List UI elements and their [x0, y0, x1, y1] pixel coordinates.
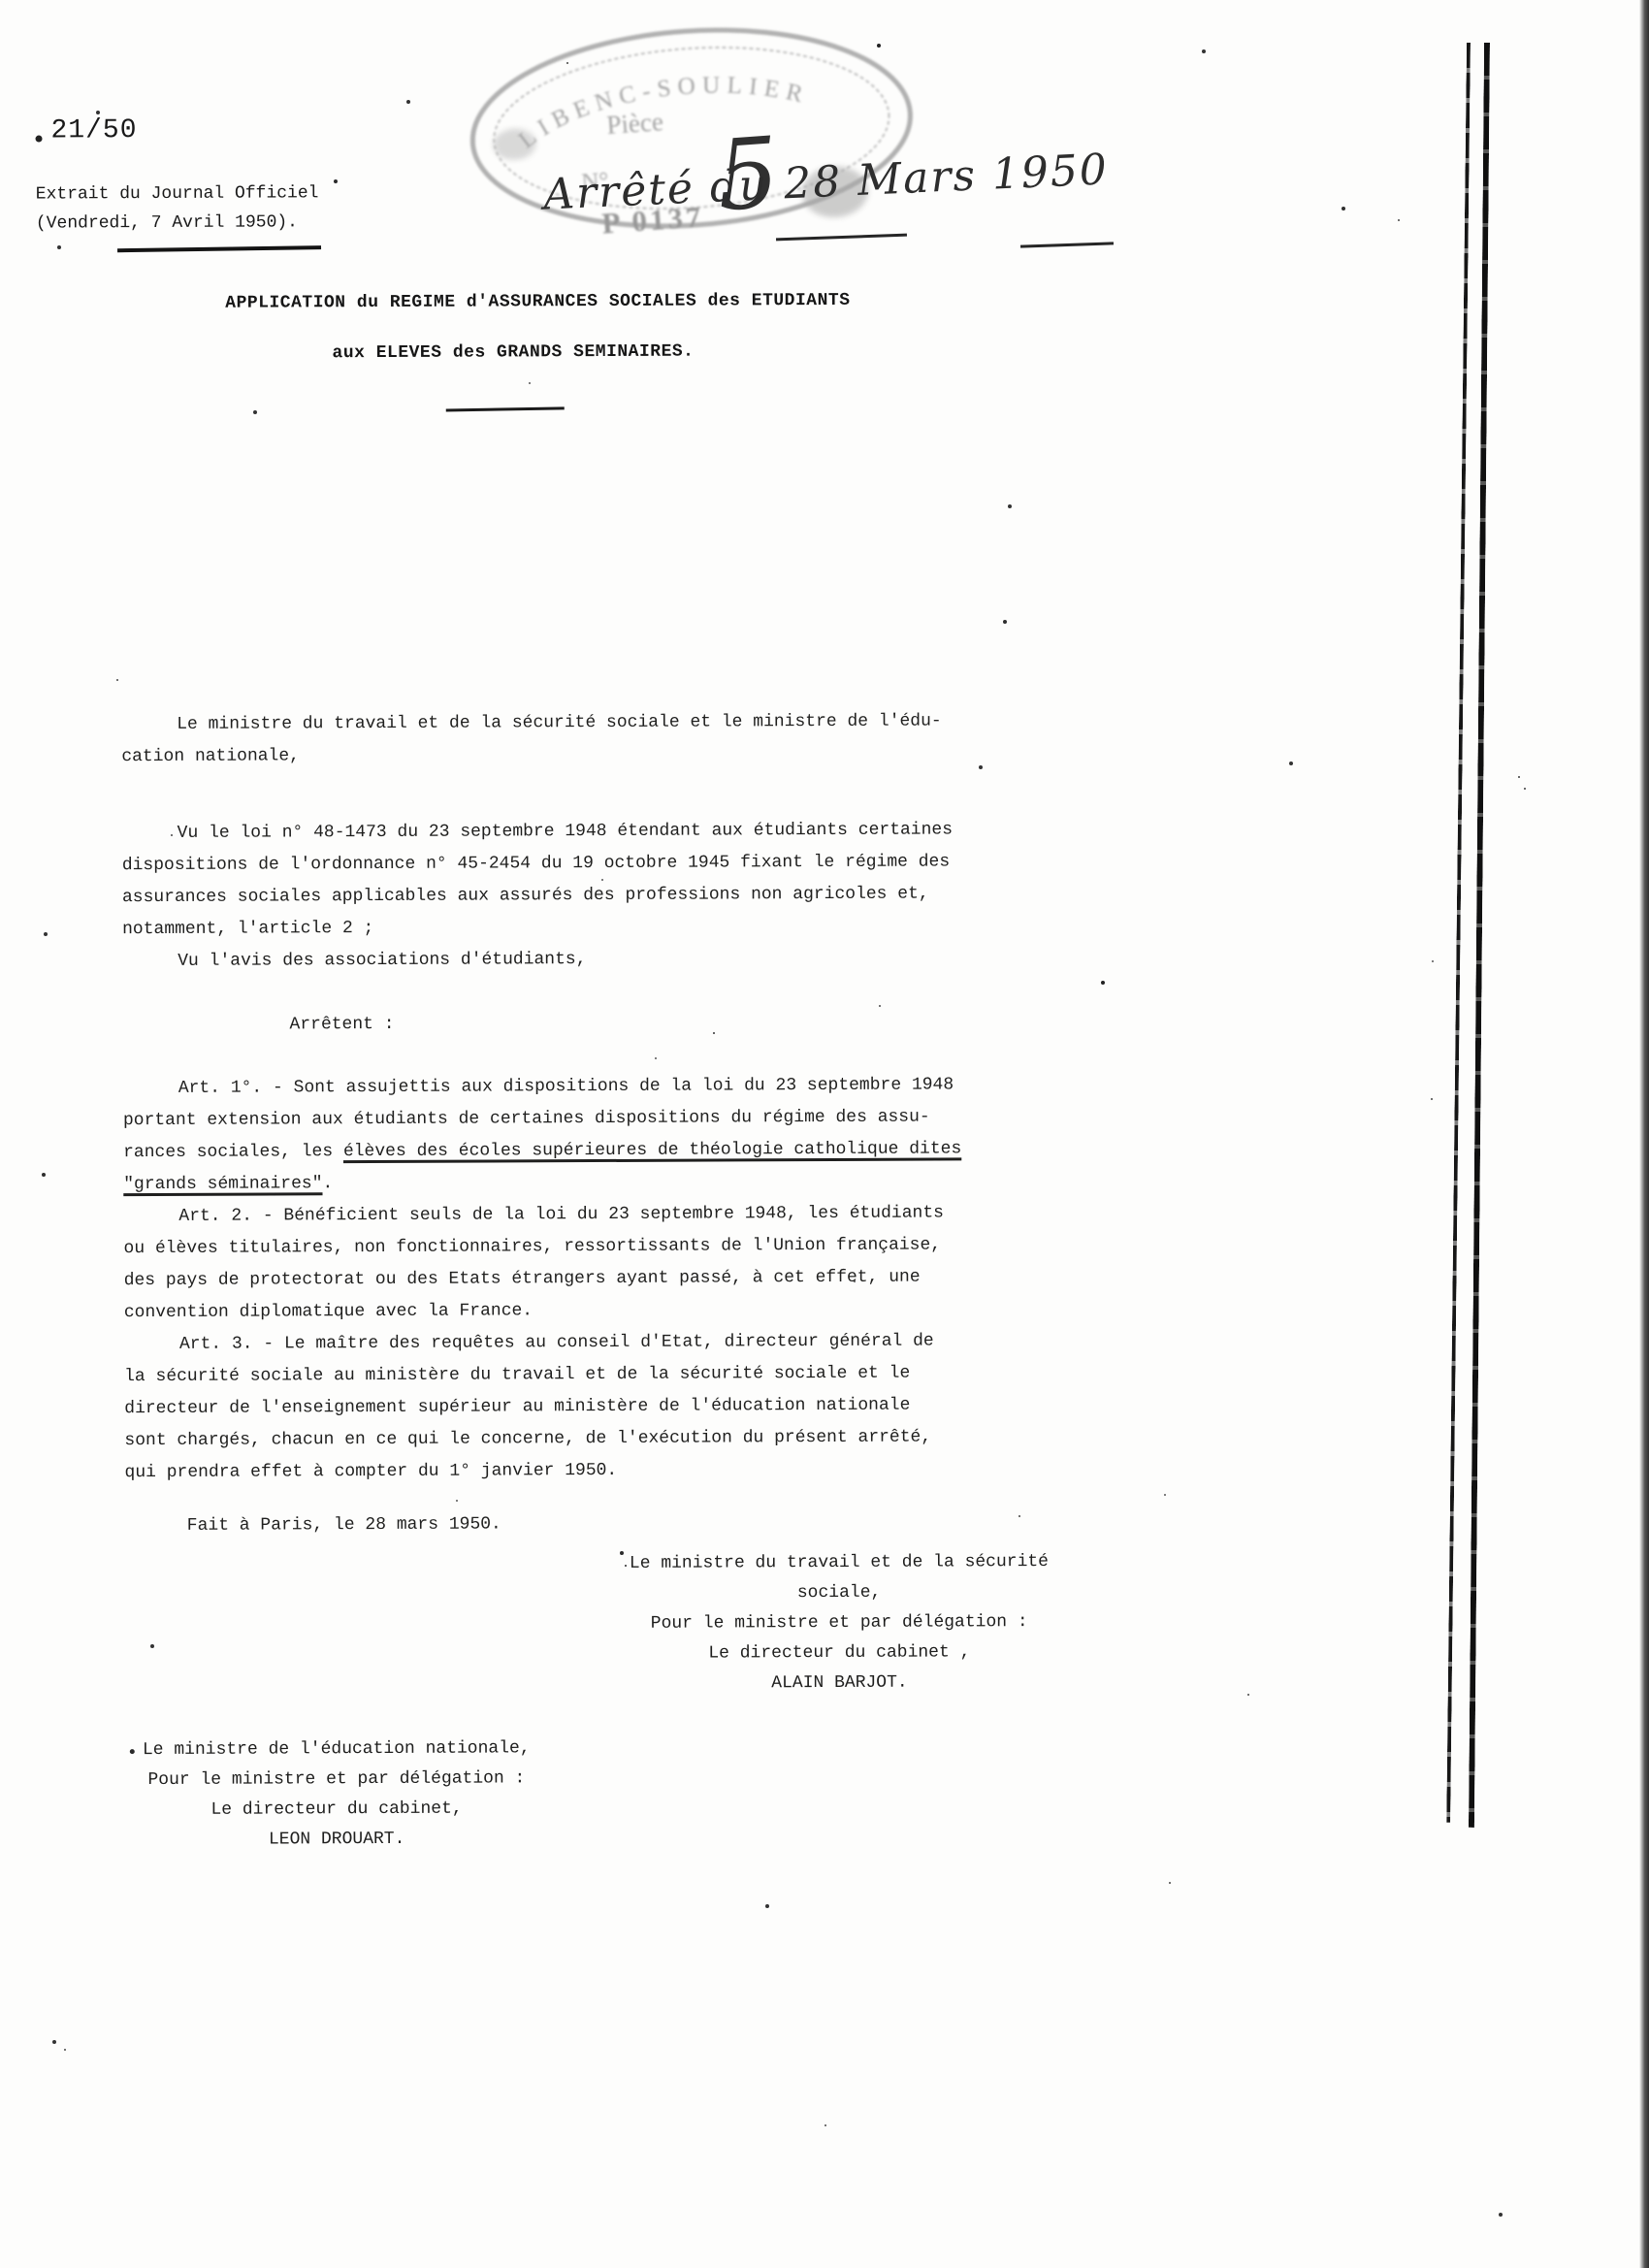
body-line: notamment, l'article 2 ;	[122, 910, 995, 946]
body-text: Le ministre du travail et de la sécurité…	[121, 705, 998, 1542]
signature-line: Pour le ministre et par délégation :	[622, 1607, 1056, 1639]
body-line: assurances sociales applicables aux assu…	[122, 878, 995, 914]
ink-dot	[130, 1749, 135, 1754]
typed-content: 21/50 Extrait du Journal Officiel (Vendr…	[0, 0, 1649, 2268]
dateline: Fait à Paris, le 28 mars 1950.	[125, 1507, 998, 1542]
title-divider-rule	[446, 406, 565, 411]
signature-line: Le directeur du cabinet,	[136, 1794, 537, 1826]
scan-noise-specks	[0, 0, 2, 2]
source-reference: Extrait du Journal Officiel (Vendredi, 7…	[36, 178, 319, 238]
underlined-text-segment: "grands séminaires"	[123, 1174, 322, 1194]
body-line: sont chargés, chacun en ce qui le concer…	[124, 1421, 997, 1457]
body-line: la sécurité sociale au ministère du trav…	[124, 1357, 997, 1393]
article-3-paragraph: Art. 3. - Le maître des requêtes au cons…	[124, 1325, 998, 1489]
body-line: "grands séminaires".	[123, 1165, 996, 1201]
body-line: Art. 3. - Le maître des requêtes au cons…	[124, 1325, 997, 1361]
document-title-line-2: aux ELEVES des GRANDS SEMINAIRES.	[332, 342, 694, 364]
signatory-name: ALAIN BARJOT.	[622, 1668, 1056, 1700]
body-line: rances sociales, les élèves des écoles s…	[123, 1133, 996, 1169]
underline-rule	[117, 245, 321, 252]
body-line: Vu l'avis des associations d'étudiants,	[122, 942, 995, 978]
body-line: Vu le loi n° 48-1473 du 23 septembre 194…	[122, 814, 995, 850]
body-line: Art. 1°. - Sont assujettis aux dispositi…	[123, 1069, 996, 1105]
body-text-segment: rances sociales, les	[123, 1142, 343, 1162]
body-line: dispositions de l'ordonnance n° 45-2454 …	[122, 846, 995, 882]
body-line: ou élèves titulaires, non fonctionnaires…	[123, 1229, 996, 1265]
body-line: cation nationale,	[121, 737, 994, 773]
page-edge-shadow	[1639, 0, 1649, 2268]
body-line: qui prendra effet à compter du 1° janvie…	[124, 1453, 997, 1489]
body-text-segment: .	[322, 1174, 333, 1193]
signature-line: Pour le ministre et par délégation :	[136, 1764, 537, 1796]
signature-line: Le directeur du cabinet ,	[622, 1637, 1056, 1669]
body-line: des pays de protectorat ou des Etats étr…	[124, 1261, 997, 1297]
body-line: Art. 2. - Bénéficient seuls de la loi du…	[123, 1197, 996, 1233]
source-line-1: Extrait du Journal Officiel	[36, 178, 319, 209]
article-2-paragraph: Art. 2. - Bénéficient seuls de la loi du…	[123, 1197, 997, 1329]
signature-block-labour-minister: Le ministre du travail et de la sécurité…	[622, 1547, 1057, 1700]
body-line: Le ministre du travail et de la sécurité…	[121, 705, 994, 741]
source-line-2: (Vendredi, 7 Avril 1950).	[36, 208, 319, 238]
preamble-paragraph: Le ministre du travail et de la sécurité…	[121, 705, 994, 773]
body-line: convention diplomatique avec la France.	[124, 1293, 997, 1329]
visa-paragraph: Vu le loi n° 48-1473 du 23 septembre 194…	[122, 814, 996, 978]
document-number: 21/50	[50, 115, 137, 146]
body-line: directeur de l'enseignement supérieur au…	[124, 1389, 997, 1425]
ink-dot	[36, 136, 43, 143]
body-line: portant extension aux étudiants de certa…	[123, 1101, 996, 1137]
signature-line: Le ministre de l'éducation nationale,	[136, 1733, 537, 1766]
scanned-document-page: LIBENC-SOULIER Pièce N° P 0137 5 21/50 E…	[0, 0, 1649, 2268]
article-1-paragraph: Art. 1°. - Sont assujettis aux dispositi…	[123, 1069, 997, 1201]
signature-line: Le ministre du travail et de la sécurité…	[622, 1547, 1056, 1609]
signatory-name: LEON DROUART.	[136, 1824, 537, 1856]
underlined-text-segment: élèves des écoles supérieures de théolog…	[343, 1139, 961, 1161]
signature-block-education-minister: Le ministre de l'éducation nationale, Po…	[136, 1733, 538, 1856]
arretent-heading: Arrêtent :	[289, 1006, 995, 1041]
document-title-line-1: APPLICATION du REGIME d'ASSURANCES SOCIA…	[225, 291, 850, 313]
